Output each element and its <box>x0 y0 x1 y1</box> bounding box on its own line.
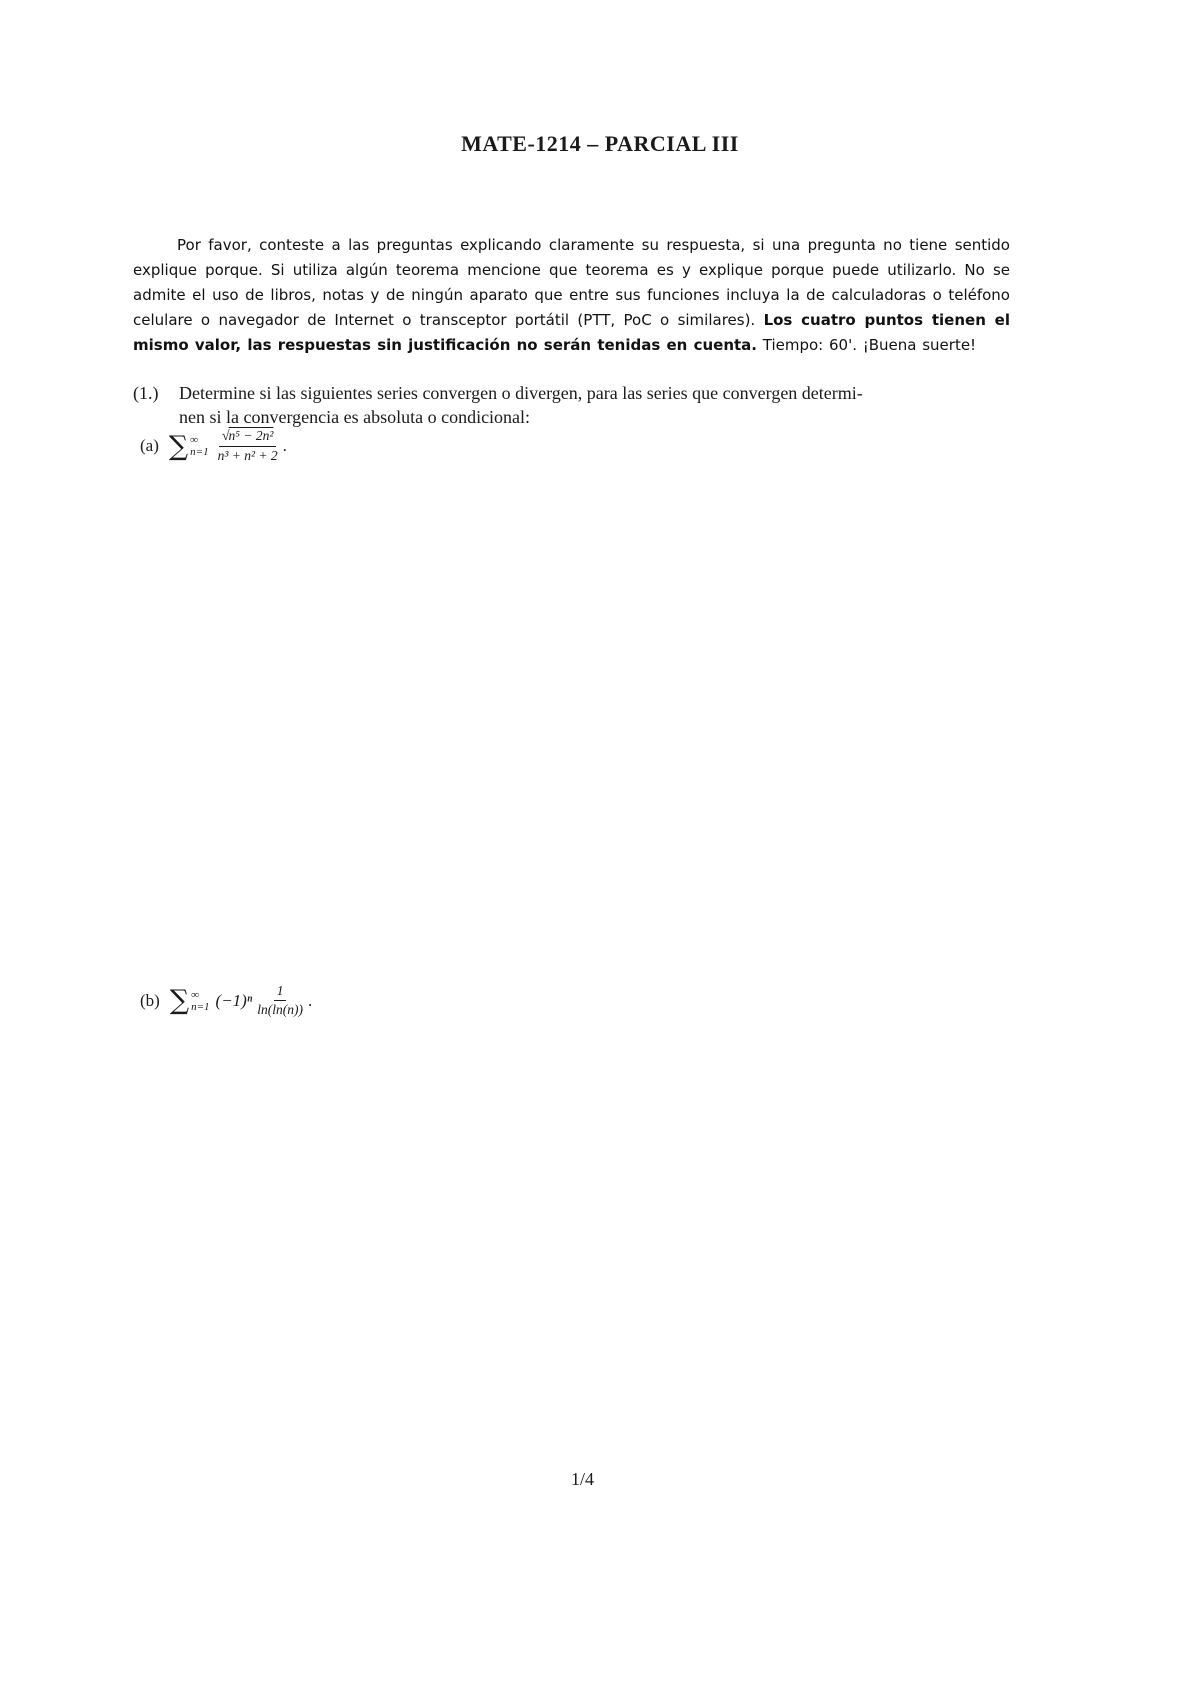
page-number: 1/4 <box>0 1469 1165 1490</box>
fraction-denominator: ln(ln(n)) <box>254 1001 306 1018</box>
formula-period: . <box>283 436 287 456</box>
page-title: MATE-1214 – PARCIAL III <box>0 131 1200 157</box>
question-1a: (a) ∑ ∞ n=1 √n⁵ − 2n² n³ + n² + 2 . <box>140 428 287 464</box>
sigma-glyph: ∑ <box>169 433 188 460</box>
question-1b: (b) ∑ ∞ n=1 (−1)ⁿ 1 ln(ln(n)) . <box>140 983 312 1018</box>
summation-upper-limit: ∞ <box>190 434 208 446</box>
formula-period: . <box>308 991 312 1011</box>
sqrt-radicand: n⁵ − 2n² <box>229 428 274 443</box>
question-1b-formula: ∑ ∞ n=1 (−1)ⁿ 1 ln(ln(n)) . <box>170 983 312 1018</box>
summation-symbol: ∑ ∞ n=1 <box>170 987 210 1014</box>
fraction: √n⁵ − 2n² n³ + n² + 2 <box>215 428 281 464</box>
summation-limits: ∞ n=1 <box>190 434 208 458</box>
instructions-closing-text: Tiempo: 60'. ¡Buena suerte! <box>757 336 976 354</box>
summation-symbol: ∑ ∞ n=1 <box>169 433 209 460</box>
fraction-numerator: 1 <box>274 983 287 1001</box>
question-1a-label: (a) <box>140 436 159 456</box>
summation-upper-limit: ∞ <box>191 989 209 1001</box>
question-1a-formula: ∑ ∞ n=1 √n⁵ − 2n² n³ + n² + 2 . <box>169 428 287 464</box>
alternating-term: (−1)ⁿ <box>216 991 253 1011</box>
question-1-text: Determine si las siguientes series conve… <box>179 381 1023 429</box>
question-1b-label: (b) <box>140 991 160 1011</box>
question-1-number: (1.) <box>133 381 175 429</box>
sigma-glyph: ∑ <box>170 987 189 1014</box>
question-1: (1.) Determine si las siguientes series … <box>133 381 1023 429</box>
instructions-paragraph: Por favor, conteste a las preguntas expl… <box>133 233 1010 358</box>
fraction-numerator: √n⁵ − 2n² <box>219 428 277 447</box>
fraction-denominator: n³ + n² + 2 <box>215 447 281 464</box>
summation-limits: ∞ n=1 <box>191 989 209 1013</box>
question-1-line1: Determine si las siguientes series conve… <box>179 383 863 403</box>
question-1-line2: nen si la convergencia es absoluta o con… <box>179 407 530 427</box>
summation-lower-limit: n=1 <box>190 446 208 458</box>
summation-lower-limit: n=1 <box>191 1001 209 1013</box>
exam-page: MATE-1214 – PARCIAL III Por favor, conte… <box>0 0 1200 1698</box>
fraction: 1 ln(ln(n)) <box>254 983 306 1018</box>
